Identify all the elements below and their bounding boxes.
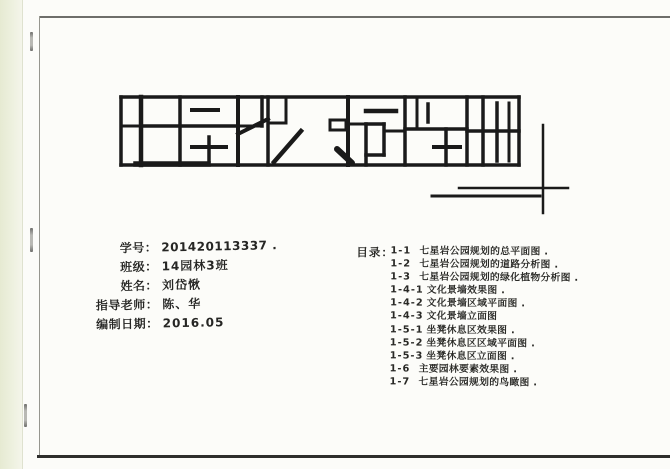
student-info-block: 学号：201420113337 .班级：14园林3班姓名：刘岱愀指导老师：陈、华… xyxy=(85,236,282,335)
toc-list: 1-1七星岩公园规划的总平面图 .1-2七星岩公园规划的道路分析图 .1-3七星… xyxy=(389,244,586,389)
page-frame-bottom-border xyxy=(37,455,670,458)
toc-item-number: 1-4-1 xyxy=(390,284,424,297)
toc-item: 1-5-1坐凳休息区效果图 . xyxy=(390,323,586,337)
toc-item-number: 1-4-3 xyxy=(390,310,424,323)
toc-item: 1-5-3坐凳休息区立面图 . xyxy=(390,349,586,363)
toc-item-number: 1-5-1 xyxy=(390,323,424,336)
info-row: 编制日期：2016.05 xyxy=(87,312,282,335)
toc-item-number: 1-6 xyxy=(390,362,416,375)
toc-item-text: 七星岩公园规划的道路分析图 . xyxy=(419,259,558,271)
toc-item: 1-4-3文化景墙立面图 xyxy=(390,310,586,324)
binding-mark xyxy=(30,32,33,51)
toc-item-text: 七星岩公园规划的总平面图 . xyxy=(419,246,548,258)
info-field-label: 指导老师： xyxy=(86,295,158,313)
toc-item-number: 1-7 xyxy=(389,375,415,388)
info-field-value: 14园林3班 xyxy=(161,256,228,274)
toc-item-number: 1-5-2 xyxy=(390,336,424,349)
scanner-edge-line xyxy=(22,0,23,469)
toc-item-text: 主要园林要素效果图 . xyxy=(419,363,518,375)
toc-item-number: 1-5-3 xyxy=(390,349,424,362)
toc-item-text: 坐凳休息区效果图 . xyxy=(426,324,515,336)
toc-item-text: 坐凳休息区区域平面图 . xyxy=(426,337,535,349)
toc-item: 1-4-1文化景墙效果图 . xyxy=(390,284,586,298)
toc-block: 目录： 1-1七星岩公园规划的总平面图 .1-2七星岩公园规划的道路分析图 .1… xyxy=(356,244,587,390)
info-field-label: 班级： xyxy=(85,257,157,275)
info-field-value: 2016.05 xyxy=(163,315,225,330)
info-field-label: 编制日期： xyxy=(87,314,159,332)
toc-item-text: 坐凳休息区立面图 . xyxy=(426,350,515,362)
toc-item: 1-2七星岩公园规划的道路分析图 . xyxy=(390,258,586,272)
toc-item: 1-3七星岩公园规划的绿化植物分析图 . xyxy=(390,271,586,285)
toc-header-label: 目录： xyxy=(356,244,394,260)
toc-item-number: 1-1 xyxy=(390,244,416,257)
scanned-cover-page: 学号：201420113337 .班级：14园林3班姓名：刘岱愀指导老师：陈、华… xyxy=(0,0,670,469)
info-field-value: 201420113337 . xyxy=(161,238,277,254)
page-frame-top-border xyxy=(40,16,670,18)
toc-item: 1-1七星岩公园规划的总平面图 . xyxy=(390,244,586,258)
toc-item-text: 文化景墙区域平面图 . xyxy=(427,298,526,310)
toc-item: 1-6主要园林要素效果图 . xyxy=(390,362,586,376)
paper-sheet xyxy=(23,0,670,469)
binding-mark xyxy=(30,228,33,252)
toc-item-text: 七星岩公园规划的绿化植物分析图 . xyxy=(419,272,578,284)
title-lettering-art xyxy=(115,92,575,217)
toc-item-number: 1-2 xyxy=(390,258,416,271)
info-field-label: 姓名： xyxy=(86,276,158,294)
toc-item: 1-5-2坐凳休息区区域平面图 . xyxy=(390,336,586,350)
page-frame-left-border xyxy=(39,16,40,457)
toc-item-number: 1-3 xyxy=(390,271,416,284)
toc-item-number: 1-4-2 xyxy=(390,297,424,310)
toc-item: 1-7七星岩公园规划的鸟瞰图 . xyxy=(389,375,585,389)
scanner-edge-strip xyxy=(0,0,22,469)
toc-item-text: 文化景墙立面图 xyxy=(427,311,498,322)
info-field-value: 刘岱愀 xyxy=(162,276,201,294)
binding-mark xyxy=(24,404,27,427)
toc-item-text: 七星岩公园规划的鸟瞰图 . xyxy=(419,377,538,389)
toc-item-text: 文化景墙效果图 . xyxy=(427,285,505,297)
toc-item: 1-4-2文化景墙区域平面图 . xyxy=(390,297,586,311)
info-field-value: 陈、华 xyxy=(162,295,201,313)
info-field-label: 学号： xyxy=(85,238,157,256)
